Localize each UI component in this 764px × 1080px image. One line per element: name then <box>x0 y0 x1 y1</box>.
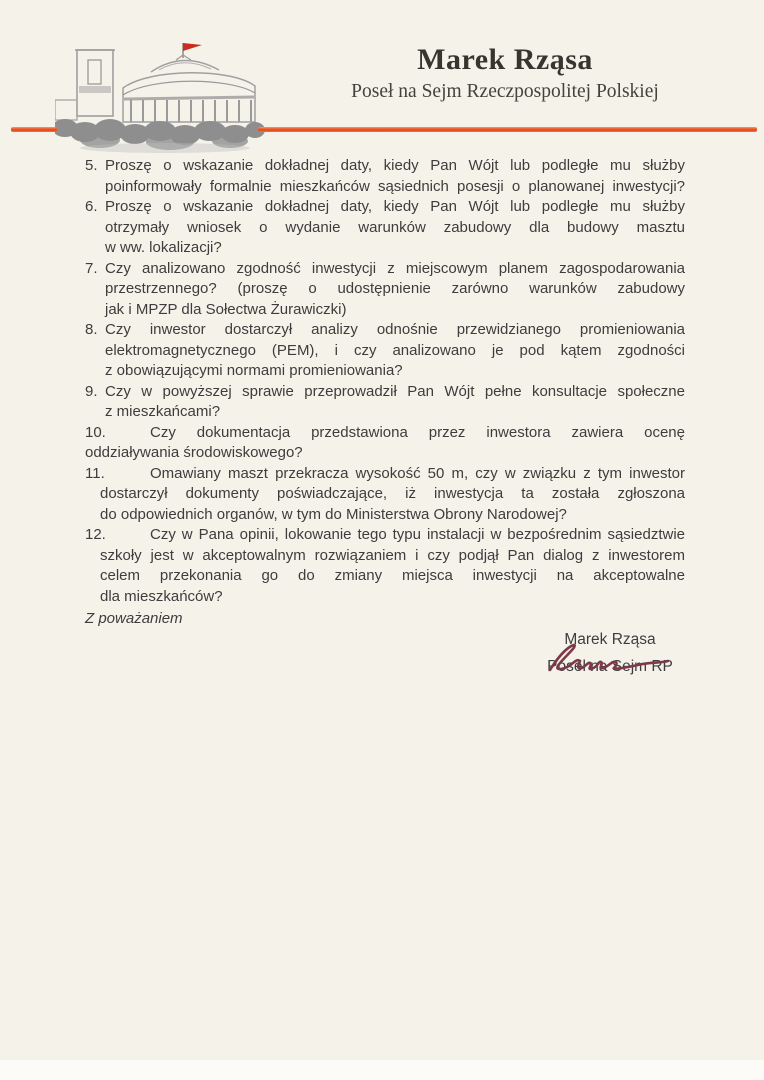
item-number: 8. <box>85 320 105 341</box>
item-line: Czy inwestor dostarczył analizy odnośnie… <box>105 321 685 338</box>
list-item: 5.Proszę o wskazanie dokładnej daty, kie… <box>85 156 685 197</box>
sejm-building-logo <box>55 40 265 154</box>
closing-phrase: Z poważaniem <box>85 609 685 630</box>
list-item: 10.Czy dokumentacja przedstawiona przez … <box>85 423 685 464</box>
item-line: celem przekonania go do zmiany miejsca i… <box>85 566 685 587</box>
letterhead: Marek Rząsa Poseł na Sejm Rzeczpospolite… <box>270 44 740 104</box>
item-line: z obowiązującymi normami promieniowania? <box>85 361 685 382</box>
item-line: Czy w Pana opinii, lokowanie tego typu i… <box>150 526 685 543</box>
item-number: 6. <box>85 197 105 218</box>
flag-red <box>183 43 202 51</box>
item-line: Omawiany maszt przekracza wysokość 50 m,… <box>150 465 685 482</box>
item-line: Czy w powyższej sprawie przeprowadził Pa… <box>105 383 685 400</box>
item-line: przestrzennego? (proszę o udostępnienie … <box>85 279 685 300</box>
header-rule-right <box>258 127 757 132</box>
item-number: 9. <box>85 382 105 403</box>
letterhead-subtitle: Poseł na Sejm Rzeczpospolitej Polskiej <box>270 80 740 104</box>
item-line: dostarczył dokumenty poświadczające, iż … <box>85 484 685 505</box>
item-line: Proszę o wskazanie dokładnej daty, kiedy… <box>105 157 685 174</box>
list-item: 12.Czy w Pana opinii, lokowanie tego typ… <box>85 525 685 607</box>
item-line: w ww. lokalizacji? <box>85 238 685 259</box>
item-line: otrzymały wniosek o wydanie warunków zab… <box>85 218 685 239</box>
header-rule-left <box>11 127 57 132</box>
list-item: 7.Czy analizowano zgodność inwestycji z … <box>85 259 685 321</box>
letterhead-name: Marek Rząsa <box>270 44 740 76</box>
item-line: Proszę o wskazanie dokładnej daty, kiedy… <box>105 198 685 215</box>
handwritten-signature <box>540 640 672 678</box>
item-number: 10. <box>85 423 150 444</box>
letter-body: 5.Proszę o wskazanie dokładnej daty, kie… <box>85 156 685 630</box>
item-line: Czy analizowano zgodność inwestycji z mi… <box>105 260 685 277</box>
signature-ink-icon <box>540 640 672 678</box>
list-item: 9.Czy w powyższej sprawie przeprowadził … <box>85 382 685 423</box>
item-number: 5. <box>85 156 105 177</box>
item-line: poinformowały formalnie mieszkańców sąsi… <box>85 177 685 198</box>
scan-bottom-edge <box>0 1060 764 1080</box>
item-number: 7. <box>85 259 105 280</box>
sejm-building-sketch-icon <box>55 40 265 154</box>
item-line: Czy dokumentacja przedstawiona przez inw… <box>150 424 685 441</box>
list-item: 11.Omawiany maszt przekracza wysokość 50… <box>85 464 685 526</box>
item-number: 11. <box>85 464 150 485</box>
list-item: 8.Czy inwestor dostarczył analizy odnośn… <box>85 320 685 382</box>
item-line: dla mieszkańców? <box>85 587 685 608</box>
item-line: jak i MPZP dla Sołectwa Żurawiczki) <box>85 300 685 321</box>
item-number: 12. <box>85 525 150 546</box>
item-line: szkoły jest w akceptowalnym rozwiązaniem… <box>85 546 685 567</box>
item-line: elektromagnetycznego (PEM), i czy analiz… <box>85 341 685 362</box>
item-line: oddziaływania środowiskowego? <box>85 443 685 464</box>
list-item: 6.Proszę o wskazanie dokładnej daty, kie… <box>85 197 685 259</box>
item-line: do odpowiednich organów, w tym do Minist… <box>85 505 685 526</box>
item-line: z mieszkańcami? <box>85 402 685 423</box>
